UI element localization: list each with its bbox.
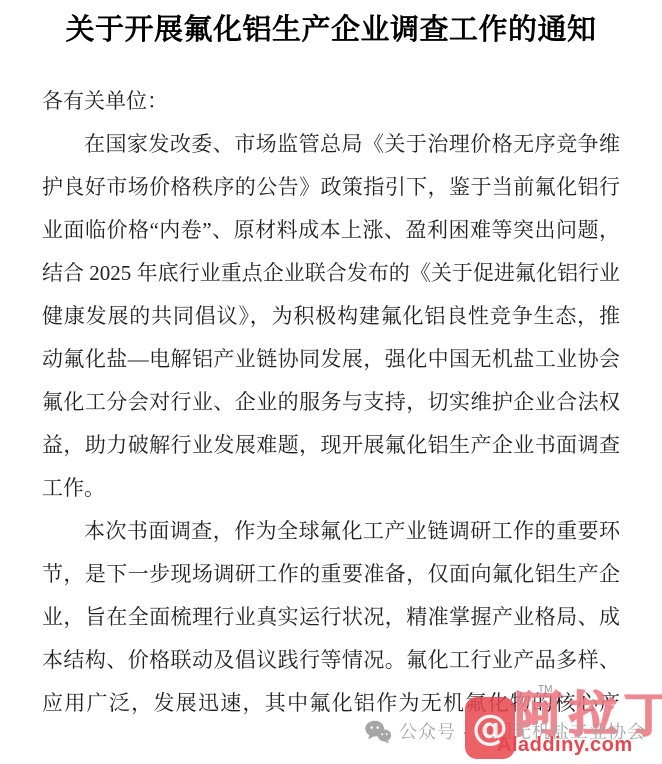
document-line: 益，助力破解行业发展难题，现开展氟化铝生产企业书面调查 <box>42 424 620 467</box>
document-line: 动氟化盐—电解铝产业链协同发展，强化中国无机盐工业协会 <box>42 338 620 381</box>
watermark-tm: TM <box>538 684 552 695</box>
document-line: 本结构、价格联动及倡议践行等情况。氟化工行业产品多样、 <box>42 639 620 682</box>
document-line: 氟化工分会对行业、企业的服务与支持，切实维护企业合法权 <box>42 381 620 424</box>
wechat-icon <box>364 720 392 744</box>
document-line: 在国家发改委、市场监管总局《关于治理价格无序竞争维 <box>42 123 620 166</box>
document-line: 业，旨在全面梳理行业真实运行状况，精准掌握产业格局、成 <box>42 596 620 639</box>
watermark-brand-url: Aladdiny.com <box>497 733 633 757</box>
document-line: 结合 2025 年底行业重点企业联合发布的《关于促进氟化铝行业 <box>42 252 620 295</box>
document-body: 各有关单位：在国家发改委、市场监管总局《关于治理价格无序竞争维护良好市场价格秩序… <box>42 80 620 725</box>
document-page: 关于开展氟化铝生产企业调查工作的通知 各有关单位：在国家发改委、市场监管总局《关… <box>0 0 662 764</box>
document-line: 业面临价格“内卷”、原材料成本上涨、盈利困难等突出问题， <box>42 209 620 252</box>
document-line: 健康发展的共同倡议》，为积极构建氟化铝良性竞争生态，推 <box>42 295 620 338</box>
document-line: 护良好市场价格秩序的公告》政策指引下，鉴于当前氟化铝行 <box>42 166 620 209</box>
document-line: 节，是下一步现场调研工作的重要准备，仅面向氟化铝生产企 <box>42 553 620 596</box>
document-line: 本次书面调查，作为全球氟化工产业链调研工作的重要环 <box>42 510 620 553</box>
document-line: 各有关单位： <box>42 80 620 123</box>
document-line: 工作。 <box>42 467 620 510</box>
document-title: 关于开展氟化铝生产企业调查工作的通知 <box>0 8 662 52</box>
